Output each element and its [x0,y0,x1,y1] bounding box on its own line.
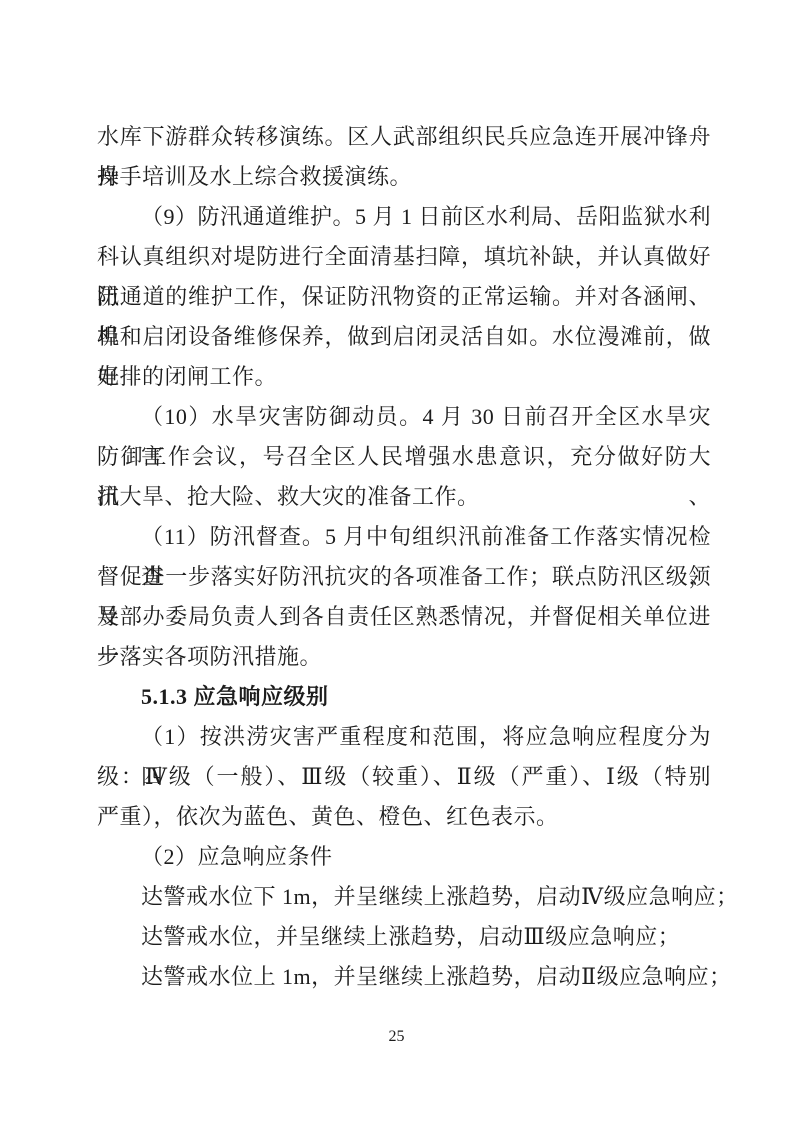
text-line: 严重），依次为蓝色、黄色、橙色、红色表示。 [97,797,711,837]
text-line: 达警戒水位下 1m，并呈继续上涨趋势，启动Ⅳ级应急响应； [97,877,711,917]
text-line: 埠和启闭设备维修保养，做到启闭灵活自如。水位漫滩前，做好 [97,317,711,357]
text-line: 科认真组织对堤防进行全面清基扫障，填坑补缺，并认真做好防 [97,237,711,277]
text-line: 达警戒水位，并呈继续上涨趋势，启动Ⅲ级应急响应； [97,917,711,957]
text-line: （2）应急响应条件 [97,837,711,877]
text-line: 督促进一步落实好防汛抗灾的各项准备工作；联点防汛区级领导 [97,557,711,597]
text-line: 汛通道的维护工作，保证防汛物资的正常运输。并对各涵闸、机 [97,277,711,317]
text-line: 水库下游群众转移演练。区人武部组织民兵应急连开展冲锋舟操 [97,117,711,157]
document-body: 水库下游群众转移演练。区人武部组织民兵应急连开展冲锋舟操舟手培训及水上综合救援演… [97,117,711,997]
page-number: 25 [0,1028,793,1046]
section-heading: 5.1.3 应急响应级别 [97,677,711,717]
text-line: 舟手培训及水上综合救援演练。 [97,157,711,197]
text-line: 防御工作会议，号召全区人民增强水患意识，充分做好防大汛、 [97,437,711,477]
text-line: 达警戒水位上 1m，并呈继续上涨趋势，启动Ⅱ级应急响应； [97,957,711,997]
text-line: 电排的闭闸工作。 [97,357,711,397]
text-line: 及部办委局负责人到各自责任区熟悉情况，并督促相关单位进一 [97,597,711,637]
text-line: （11）防汛督查。5 月中旬组织汛前准备工作落实情况检查， [97,517,711,557]
text-line: 步落实各项防汛措施。 [97,637,711,677]
text-line: （10）水旱灾害防御动员。4 月 30 日前召开全区水旱灾害 [97,397,711,437]
text-line: （1）按洪涝灾害严重程度和范围，将应急响应程度分为四 [97,717,711,757]
document-page: 水库下游群众转移演练。区人武部组织民兵应急连开展冲锋舟操舟手培训及水上综合救援演… [0,0,793,1122]
text-line: 级：Ⅳ级（一般）、Ⅲ级（较重）、Ⅱ级（严重）、Ⅰ级（特别 [97,757,711,797]
text-line: （9）防汛通道维护。5 月 1 日前区水利局、岳阳监狱水利 [97,197,711,237]
